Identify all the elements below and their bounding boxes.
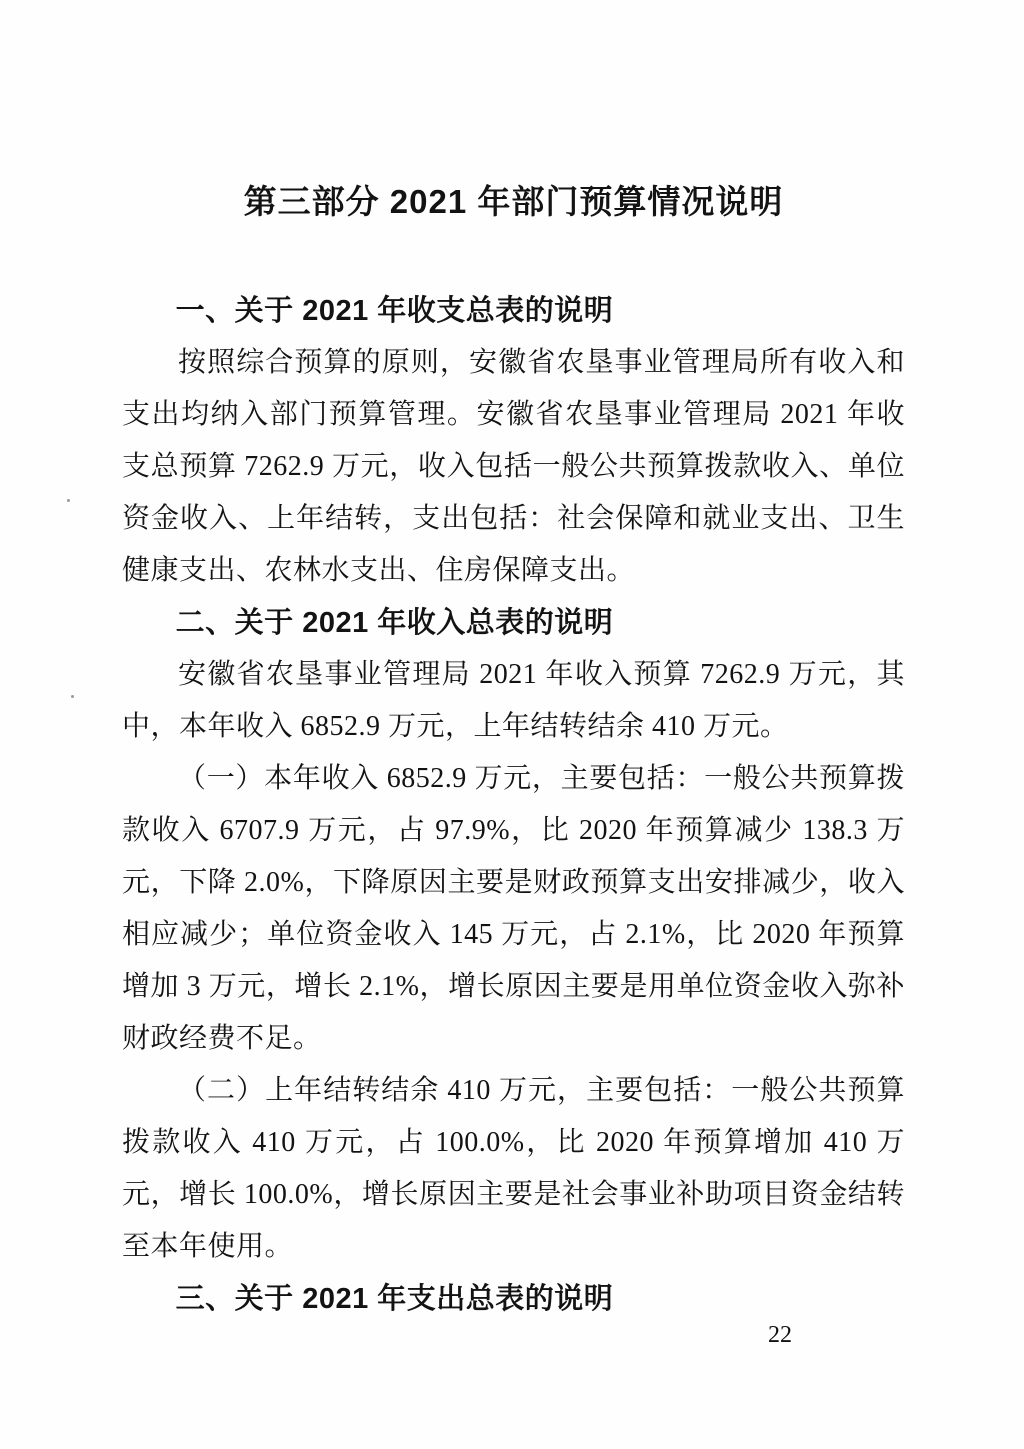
document-page: 第三部分 2021 年部门预算情况说明 一、关于 2021 年收支总表的说明 按… bbox=[0, 0, 1024, 1449]
paragraph: （一）本年收入 6852.9 万元，主要包括：一般公共预算拨款收入 6707.9… bbox=[122, 753, 905, 1065]
scan-speck bbox=[67, 499, 70, 502]
section-heading-expense: 三、关于 2021 年支出总表的说明 bbox=[122, 1273, 905, 1325]
section-expense-summary: 三、关于 2021 年支出总表的说明 bbox=[122, 1273, 905, 1325]
document-title: 第三部分 2021 年部门预算情况说明 bbox=[122, 180, 905, 224]
scan-speck bbox=[71, 695, 74, 698]
paragraph: （二）上年结转结余 410 万元，主要包括：一般公共预算拨款收入 410 万元，… bbox=[122, 1065, 905, 1273]
page-number: 22 bbox=[768, 1320, 792, 1350]
section-income-expense-summary: 一、关于 2021 年收支总表的说明 按照综合预算的原则，安徽省农垦事业管理局所… bbox=[122, 285, 905, 597]
section-heading-income-expense: 一、关于 2021 年收支总表的说明 bbox=[122, 285, 905, 337]
section-income-summary: 二、关于 2021 年收入总表的说明 安徽省农垦事业管理局 2021 年收入预算… bbox=[122, 597, 905, 1273]
paragraph: 安徽省农垦事业管理局 2021 年收入预算 7262.9 万元，其中，本年收入 … bbox=[122, 649, 905, 753]
paragraph: 按照综合预算的原则，安徽省农垦事业管理局所有收入和支出均纳入部门预算管理。安徽省… bbox=[122, 337, 905, 597]
section-heading-income: 二、关于 2021 年收入总表的说明 bbox=[122, 597, 905, 649]
